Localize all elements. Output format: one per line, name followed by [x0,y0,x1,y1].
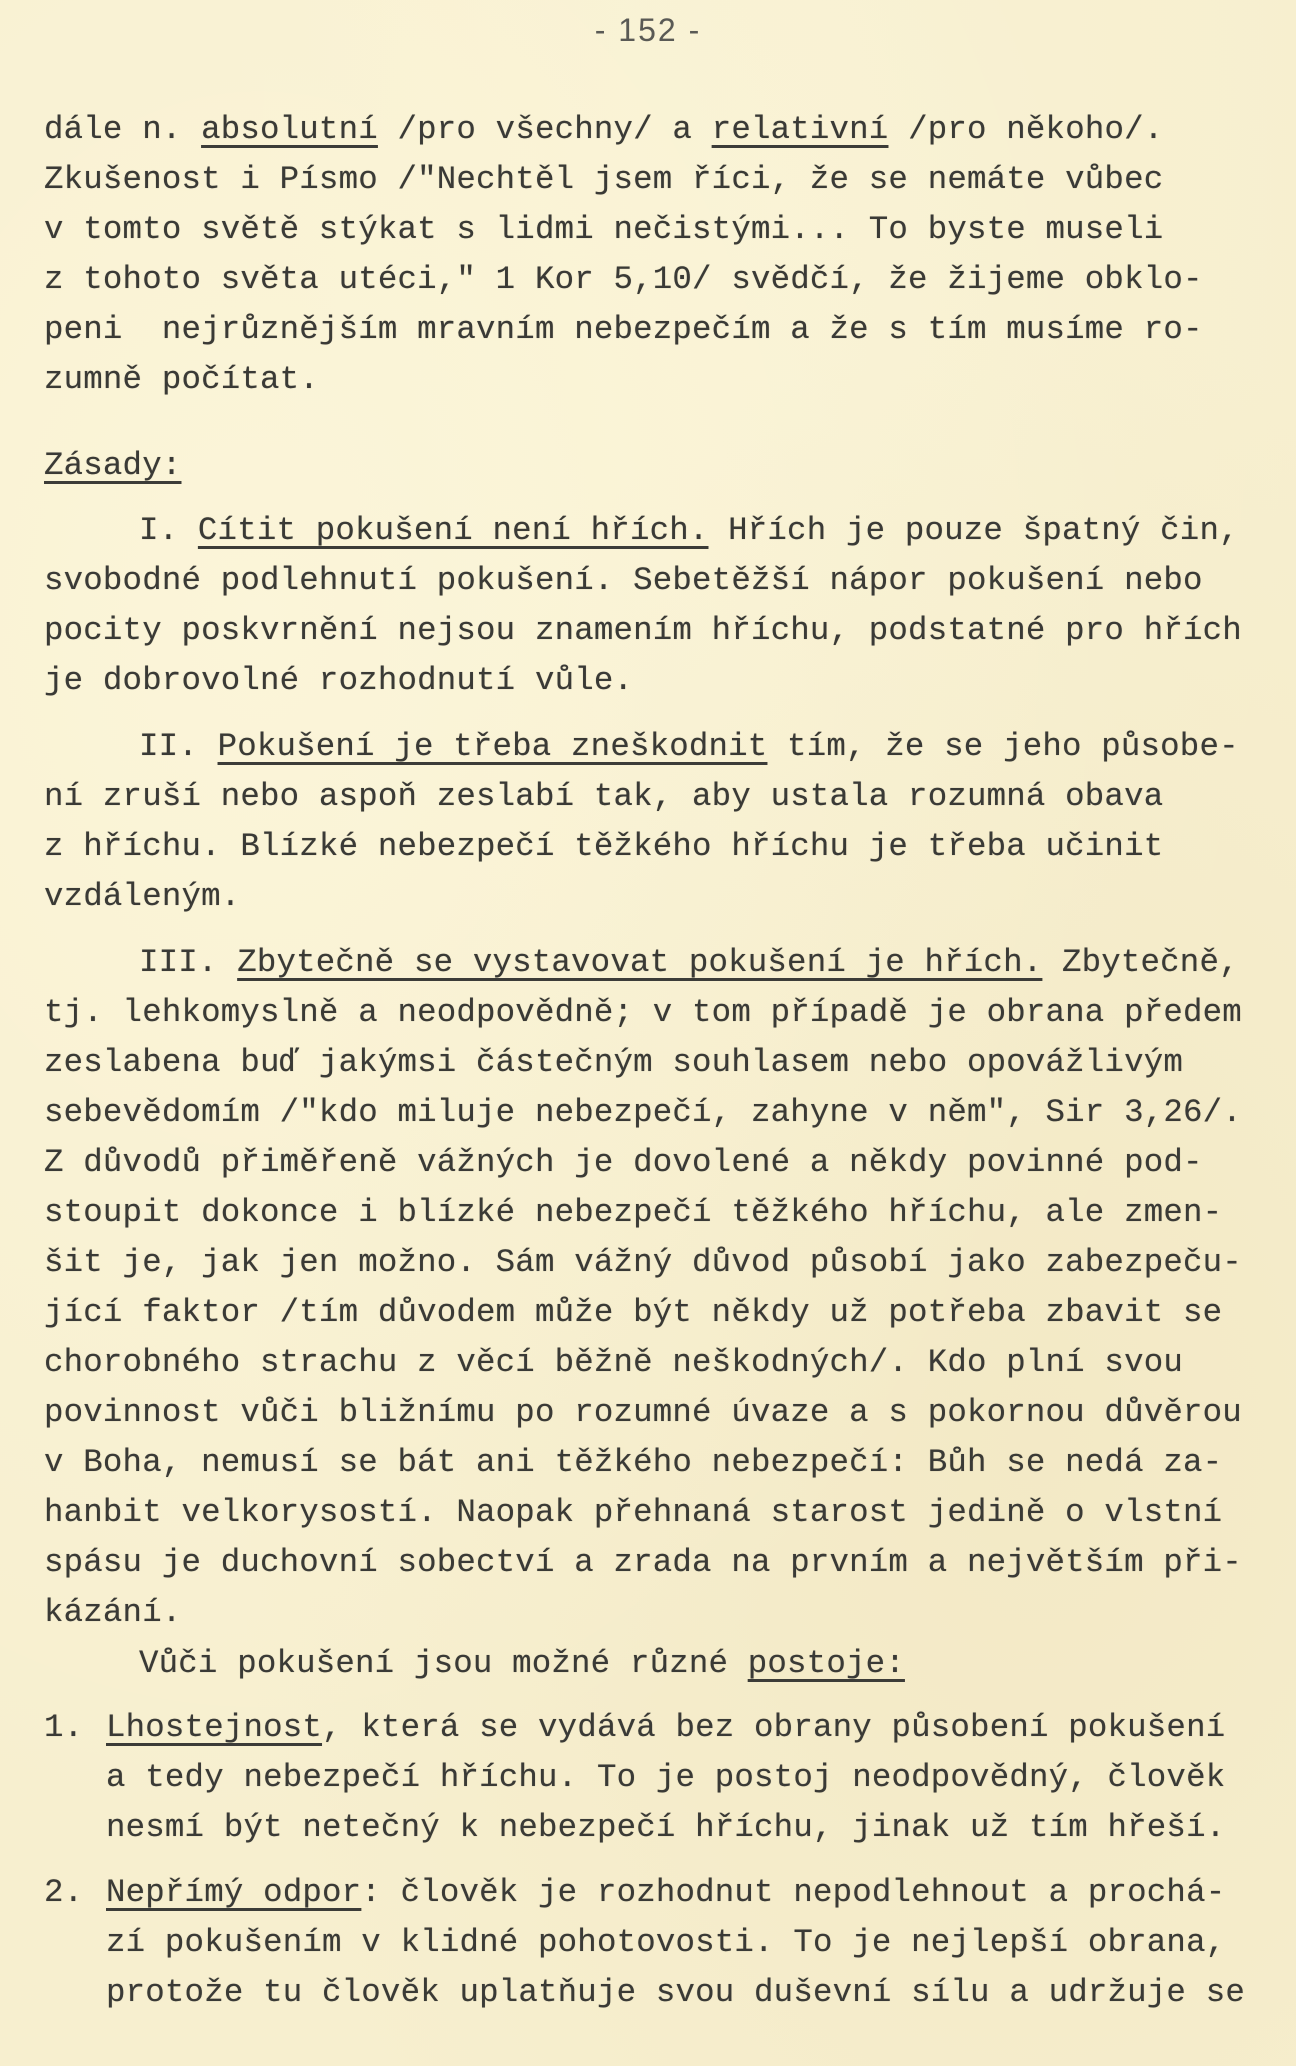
list-item-1-line: a tedy nebezpečí hříchu. To je postoj ne… [106,1758,1225,1798]
paragraph-line: z tohoto světa utéci," 1 Kor 5,10/ svědč… [44,260,1203,300]
text-run: protože tu člověk uplatňuje svou duševní… [106,1974,1245,2011]
text-run: peni nejrůznějším mravním nebezpečím a ž… [44,311,1203,348]
paragraph-line: dále n. absolutní /pro všechny/ a relati… [44,110,1163,150]
principle-3-line: sebevědomím /"kdo miluje nebezpečí, zahy… [44,1093,1242,1133]
principle-1-line: svobodné podlehnutí pokušení. Sebetěžší … [44,561,1203,601]
text-run: a tedy nebezpečí hříchu. To je postoj ne… [106,1759,1225,1796]
principle-3-line: chorobného strachu z věcí běžně neškodný… [44,1343,1183,1383]
principle-2-line: vzdáleným. [44,877,240,917]
page-number: - 152 - [0,12,1296,49]
principle-1-line: je dobrovolné rozhodnutí vůle. [44,661,633,701]
text-run: ní zruší nebo aspoň zeslabí tak, aby ust… [44,778,1163,815]
text-run: v tomto světě stýkat s lidmi nečistými..… [44,211,1163,248]
underlined-text: Nepřímý odpor [106,1874,361,1911]
text-run: povinnost vůči bližnímu po rozumné úvaze… [44,1394,1242,1431]
text-run: nesmí být netečný k nebezpečí hříchu, ji… [106,1809,1225,1846]
underlined-text: postoje: [748,1645,905,1682]
paragraph-line: peni nejrůznějším mravním nebezpečím a ž… [44,310,1203,350]
principle-3-line: povinnost vůči bližnímu po rozumné úvaze… [44,1393,1242,1433]
text-run: Vůči pokušení jsou možné různé [139,1645,748,1682]
text-run: z hříchu. Blízké nebezpečí těžkého hřích… [44,828,1163,865]
text-run: Zbytečně, [1042,944,1238,981]
text-run: I. [139,512,198,549]
paragraph-line: Zkušenost i Písmo /"Nechtěl jsem říci, ž… [44,160,1163,200]
text-run: kázání. [44,1594,181,1631]
paragraph-line: zumně počítat. [44,360,319,400]
text-run: hanbit velkorysostí. Naopak přehnaná sta… [44,1494,1222,1531]
principle-3-line: šit je, jak jen možno. Sám vážný důvod p… [44,1243,1242,1283]
text-run: /pro někoho/. [888,111,1163,148]
text-run: je dobrovolné rozhodnutí vůle. [44,662,633,699]
text-run: zeslabena buď jakýmsi částečným souhlase… [44,1044,1183,1081]
text-run: sebevědomím /"kdo miluje nebezpečí, zahy… [44,1094,1242,1131]
principle-3-line: hanbit velkorysostí. Naopak přehnaná sta… [44,1493,1222,1533]
text-run: stoupit dokonce i blízké nebezpečí těžké… [44,1194,1222,1231]
text-run: Z důvodů přiměřeně vážných je dovolené a… [44,1144,1203,1181]
text-run: , která se vydává bez obrany působení po… [322,1709,1225,1746]
principle-1-line: pocity poskvrnění nejsou znamením hříchu… [44,611,1242,651]
principle-2-first-line: II. Pokušení je třeba zneškodnit tím, že… [139,727,1239,767]
list-number: 2. [44,1873,83,1913]
principle-3-line: zeslabena buď jakýmsi částečným souhlase… [44,1043,1183,1083]
list-number: 1. [44,1708,83,1748]
text-run: /pro všechny/ a [378,111,712,148]
principle-2-line: ní zruší nebo aspoň zeslabí tak, aby ust… [44,777,1163,817]
text-run: 2. [44,1874,83,1911]
text-run: v Boha, nemusí se bát ani těžkého nebezp… [44,1444,1222,1481]
principle-3-line: v Boha, nemusí se bát ani těžkého nebezp… [44,1443,1222,1483]
text-run: jící faktor /tím důvodem může být někdy … [44,1294,1222,1331]
principle-3-line: Z důvodů přiměřeně vážných je dovolené a… [44,1143,1203,1183]
principle-1-first-line: I. Cítit pokušení není hřích. Hřích je p… [139,511,1239,551]
text-run: tj. lehkomyslně a neodpovědně; v tom pří… [44,994,1242,1031]
underlined-text: Pokušení je třeba zneškodnit [218,728,768,765]
underlined-text: Cítit pokušení není hřích. [198,512,709,549]
text-run: II. [139,728,218,765]
section-heading: Zásady: [44,446,181,486]
principle-3-line: tj. lehkomyslně a neodpovědně; v tom pří… [44,993,1242,1033]
text-run: z tohoto světa utéci," 1 Kor 5,10/ svědč… [44,261,1203,298]
text-run: zí pokušením v klidné pohotovosti. To je… [106,1924,1225,1961]
principle-2-line: z hříchu. Blízké nebezpečí těžkého hřích… [44,827,1163,867]
text-run: 1. [44,1709,83,1746]
attitudes-intro: Vůči pokušení jsou možné různé postoje: [139,1644,905,1684]
underlined-text: Lhostejnost [106,1709,322,1746]
list-item-2-line: zí pokušením v klidné pohotovosti. To je… [106,1923,1225,1963]
text-run: dále n. [44,111,201,148]
underlined-text: relativní [712,111,889,148]
underlined-text: absolutní [201,111,378,148]
text-run: svobodné podlehnutí pokušení. Sebetěžší … [44,562,1203,599]
text-run: III. [139,944,237,981]
text-run: šit je, jak jen možno. Sám vážný důvod p… [44,1244,1242,1281]
principle-3-line: kázání. [44,1593,181,1633]
text-run: pocity poskvrnění nejsou znamením hříchu… [44,612,1242,649]
text-run: Hřích je pouze špatný čin, [709,512,1239,549]
text-run: zumně počítat. [44,361,319,398]
text-run: tím, že se jeho působe- [767,728,1238,765]
text-run: spásu je duchovní sobectví a zrada na pr… [44,1544,1242,1581]
text-run: : člověk je rozhodnut nepodlehnout a pro… [361,1874,1225,1911]
principle-3-line: spásu je duchovní sobectví a zrada na pr… [44,1543,1242,1583]
list-item-2-first-line: Nepřímý odpor: člověk je rozhodnut nepod… [106,1873,1225,1913]
text-run: vzdáleným. [44,878,240,915]
principle-3-line: jící faktor /tím důvodem může být někdy … [44,1293,1222,1333]
paragraph-line: v tomto světě stýkat s lidmi nečistými..… [44,210,1163,250]
text-run: chorobného strachu z věcí běžně neškodný… [44,1344,1183,1381]
underlined-text: Zbytečně se vystavovat pokušení je hřích… [237,944,1042,981]
list-item-1-first-line: Lhostejnost, která se vydává bez obrany … [106,1708,1225,1748]
list-item-2-line: protože tu člověk uplatňuje svou duševní… [106,1973,1245,2013]
list-item-1-line: nesmí být netečný k nebezpečí hříchu, ji… [106,1808,1225,1848]
text-run: Zkušenost i Písmo /"Nechtěl jsem říci, ž… [44,161,1163,198]
principle-3-line: stoupit dokonce i blízké nebezpečí těžké… [44,1193,1222,1233]
underlined-text: Zásady: [44,447,181,484]
principle-3-first-line: III. Zbytečně se vystavovat pokušení je … [139,943,1239,983]
